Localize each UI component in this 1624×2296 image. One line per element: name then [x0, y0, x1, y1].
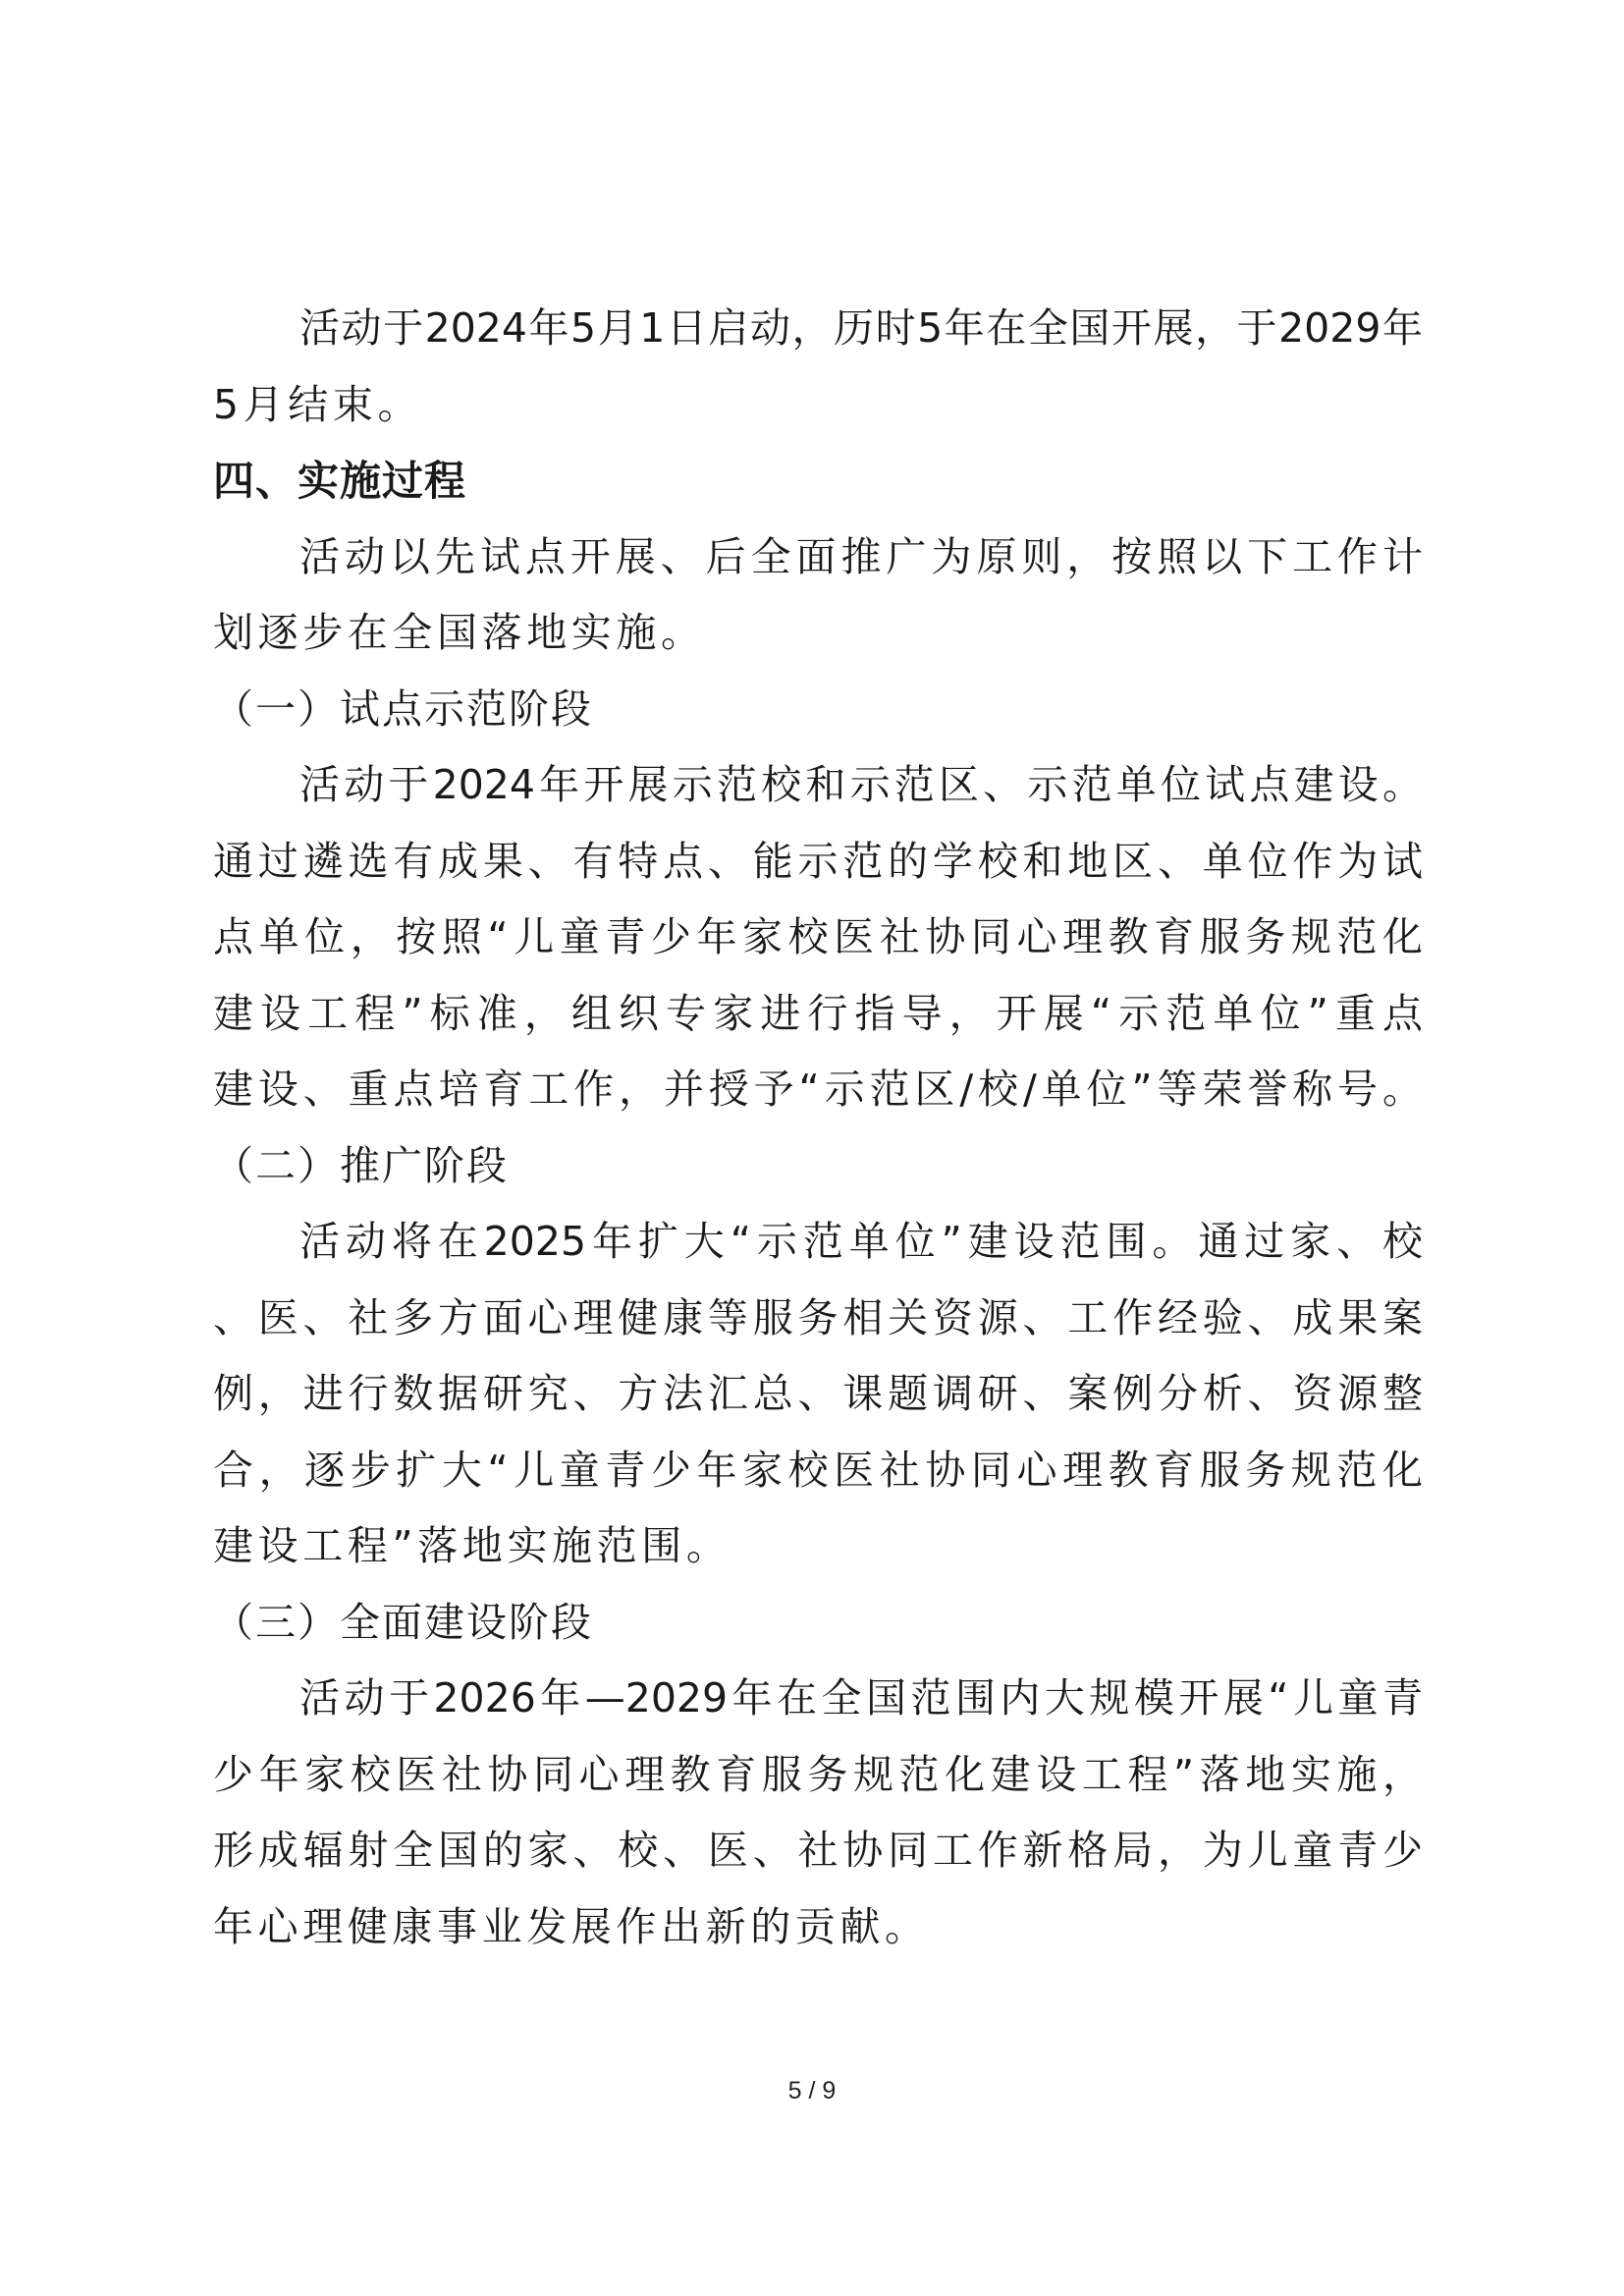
- paragraph-full-construction-line-3: 形成辐射全国的家、校、医、社协同工作新格局，为儿童青少: [213, 1813, 1423, 1889]
- subheading-pilot-stage: （一）试点示范阶段: [213, 672, 1423, 748]
- paragraph-full-construction-line-4: 年心理健康事业发展作出新的贡献。: [213, 1889, 1423, 1966]
- paragraph-principle-line-2: 划逐步在全国落地实施。: [213, 595, 1423, 672]
- paragraph-full-construction-line-1: 活动于2026年—2029年在全国范围内大规模开展“儿童青: [213, 1661, 1423, 1737]
- paragraph-duration-line-2: 5月结束。: [213, 367, 1423, 444]
- paragraph-pilot-line-2: 通过遴选有成果、有特点、能示范的学校和地区、单位作为试: [213, 824, 1423, 901]
- page-number: 5 / 9: [0, 2077, 1624, 2105]
- paragraph-promotion-line-3: 例，进行数据研究、方法汇总、课题调研、案例分析、资源整: [213, 1356, 1423, 1433]
- paragraph-pilot-line-1: 活动于2024年开展示范校和示范区、示范单位试点建设。: [213, 747, 1423, 824]
- paragraph-pilot-line-4: 建设工程”标准，组织专家进行指导，开展“示范单位”重点: [213, 976, 1423, 1053]
- paragraph-duration-line-1: 活动于2024年5月1日启动，历时5年在全国开展，于2029年: [213, 291, 1423, 367]
- paragraph-promotion-line-5: 建设工程”落地实施范围。: [213, 1508, 1423, 1585]
- section-heading-implementation-process: 四、实施过程: [213, 443, 1423, 519]
- paragraph-promotion-line-1: 活动将在2025年扩大“示范单位”建设范围。通过家、校: [213, 1204, 1423, 1281]
- subheading-promotion-stage: （二）推广阶段: [213, 1128, 1423, 1205]
- paragraph-full-construction-line-2: 少年家校医社协同心理教育服务规范化建设工程”落地实施，: [213, 1737, 1423, 1814]
- subheading-full-construction-stage: （三）全面建设阶段: [213, 1585, 1423, 1662]
- paragraph-principle-line-1: 活动以先试点开展、后全面推广为原则，按照以下工作计: [213, 519, 1423, 596]
- paragraph-promotion-line-4: 合，逐步扩大“儿童青少年家校医社协同心理教育服务规范化: [213, 1433, 1423, 1509]
- paragraph-pilot-line-3: 点单位，按照“儿童青少年家校医社协同心理教育服务规范化: [213, 900, 1423, 976]
- paragraph-promotion-line-2: 、医、社多方面心理健康等服务相关资源、工作经验、成果案: [213, 1281, 1423, 1357]
- document-page-body: 活动于2024年5月1日启动，历时5年在全国开展，于2029年 5月结束。 四、…: [213, 291, 1423, 1965]
- paragraph-pilot-line-5: 建设、重点培育工作，并授予“示范区/校/单位”等荣誉称号。: [213, 1052, 1423, 1128]
